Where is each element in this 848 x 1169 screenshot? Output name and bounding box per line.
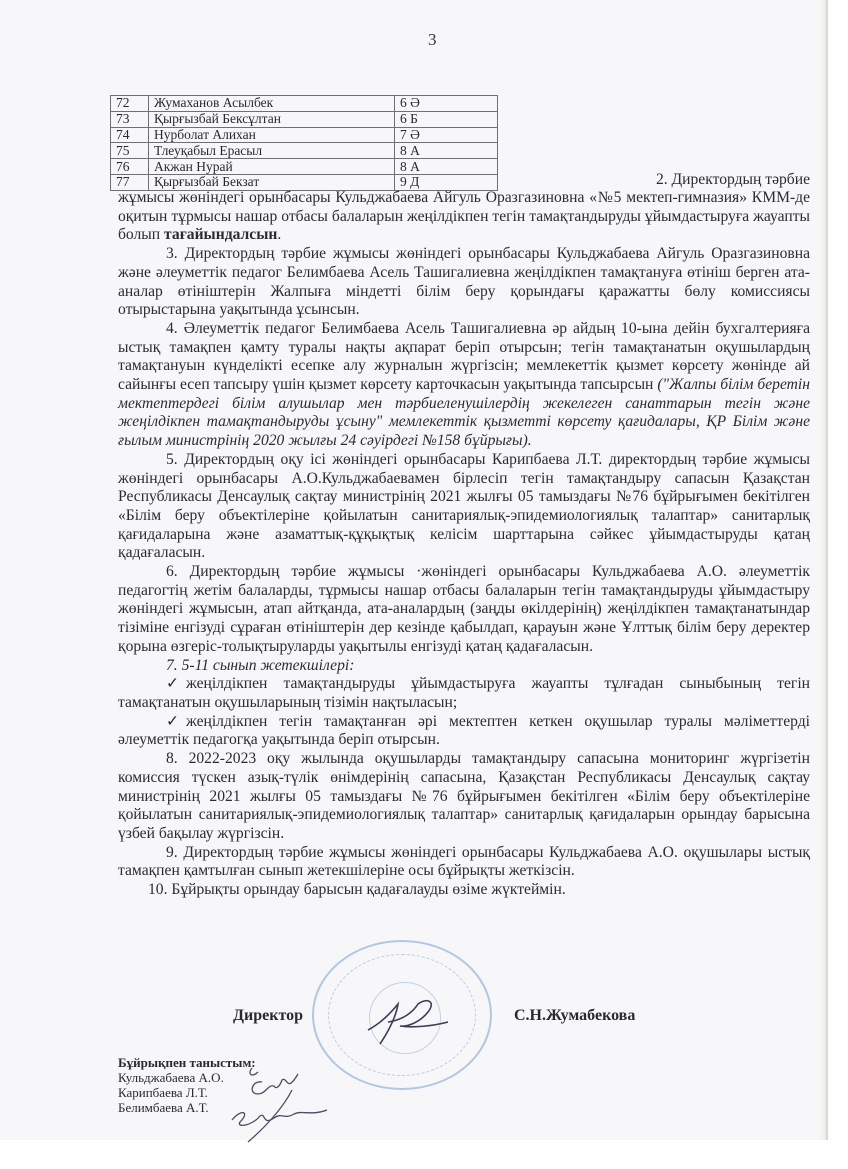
student-class: 7 Ә (395, 127, 498, 143)
table-row: 77 Қырғызбай Бекзат 9 Д (111, 174, 498, 190)
item-8: 8. 2022-2023 оқу жылында оқушыларды тама… (118, 750, 810, 844)
student-name: Акжан Нурай (149, 159, 395, 175)
item-2-lead: 2. Директордың тәрбие (553, 171, 810, 190)
table-row: 76 Акжан Нурай 8 А (111, 159, 498, 175)
item-5: 5. Директордың оқу ісі жөніндегі орынбас… (118, 451, 810, 563)
row-number: 75 (111, 143, 149, 159)
checkmark-icon: ✓ (166, 713, 186, 732)
acknowledgement-signatures-icon (222, 1060, 332, 1145)
row-number: 77 (111, 174, 149, 190)
item-7-heading: 7. 5-11 сынып жетекшілері: (118, 657, 810, 676)
student-name: Қырғызбай Бексұлтан (149, 111, 395, 127)
item-2-end: . (277, 226, 281, 243)
table-row: 75 Тлеуқабыл Ерасыл 8 А (111, 143, 498, 159)
student-name: Тлеуқабыл Ерасыл (149, 143, 395, 159)
row-number: 76 (111, 159, 149, 175)
row-number: 73 (111, 111, 149, 127)
student-class: 8 А (395, 159, 498, 175)
row-number: 72 (111, 96, 149, 112)
student-name: Қырғызбай Бекзат (149, 174, 395, 190)
student-class: 6 Ә (395, 96, 498, 112)
table-row: 74 Нурболат Алихан 7 Ә (111, 127, 498, 143)
director-signature-icon (358, 992, 453, 1052)
item-6: 6. Директордың тәрбие жұмысы ·жөніндегі … (118, 563, 810, 657)
student-table: 72 Жумаханов Асылбек 6 Ә 73 Қырғызбай Бе… (110, 95, 498, 191)
item-7-bullet: ✓жеңілдікпен тегін тамақтанған әрі мекте… (118, 713, 810, 750)
item-9: 9. Директордың тәрбие жұмысы жөніндегі о… (118, 844, 810, 881)
order-body: жұмысы жөніндегі орынбасары Кульджабаева… (118, 189, 810, 900)
signature-role: Директор (233, 1007, 303, 1025)
student-class: 6 Б (395, 111, 498, 127)
document-page: 3 72 Жумаханов Асылбек 6 Ә 73 Қырғызбай … (0, 0, 828, 1140)
student-name: Жумаханов Асылбек (149, 96, 395, 112)
item-4: 4. Әлеуметтік педагог Белимбаева Асель Т… (118, 320, 810, 451)
table-row: 73 Қырғызбай Бексұлтан 6 Б (111, 111, 498, 127)
row-number: 74 (111, 127, 149, 143)
checkmark-icon: ✓ (166, 675, 186, 694)
item-3: 3. Директордың тәрбие жұмысы жөніндегі о… (118, 245, 810, 320)
item-2: жұмысы жөніндегі орынбасары Кульджабаева… (118, 189, 810, 245)
item-10: 10. Бұйрықты орындау барысын қадағалауды… (118, 881, 810, 900)
director-name: С.Н.Жумабекова (514, 1007, 635, 1025)
item-2-bold: тағайындалсын (164, 226, 277, 243)
student-class: 9 Д (395, 174, 498, 190)
table-row: 72 Жумаханов Асылбек 6 Ә (111, 96, 498, 112)
student-name: Нурболат Алихан (149, 127, 395, 143)
item-7-bullet: ✓жеңілдікпен тамақтандыруды ұйымдастыруғ… (118, 675, 810, 712)
page-number: 3 (428, 30, 437, 50)
student-class: 8 А (395, 143, 498, 159)
